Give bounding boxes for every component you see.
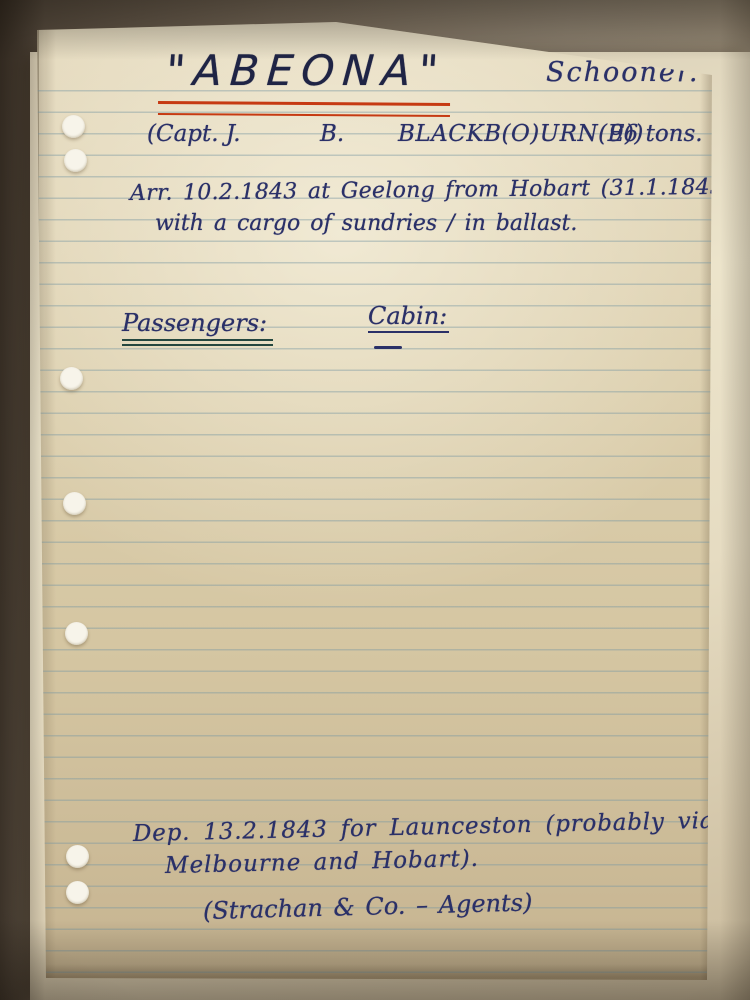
punch-hole <box>66 881 89 904</box>
vessel-title: "ABEONA" <box>154 46 457 95</box>
notebook-page: "ABEONA" Schooner. (Capt. J. B. BLACKB(O… <box>36 22 712 980</box>
punch-hole <box>62 115 85 138</box>
captain-prefix: (Capt. J. <box>147 122 241 147</box>
punch-hole <box>63 492 86 515</box>
passengers-heading-text: Passengers: <box>122 310 273 346</box>
punch-hole <box>65 622 88 645</box>
captain-line: (Capt. J. B. BLACKB(O)URN(E)) 96 tons. <box>147 122 727 162</box>
captain-surname: BLACKB(O)URN(E)) <box>398 122 644 147</box>
captain-initial: B. <box>320 122 344 147</box>
punch-hole <box>60 367 83 390</box>
arrival-note-line-2: with a cargo of sundries / in ballast. <box>155 212 577 236</box>
tonnage-note: 96 tons. <box>609 122 703 147</box>
punch-hole <box>66 845 89 868</box>
photo-background: "ABEONA" Schooner. (Capt. J. B. BLACKB(O… <box>0 0 750 1000</box>
cabin-heading-text: Cabin: <box>368 303 449 333</box>
cabin-blank-dash <box>374 346 402 349</box>
cabin-heading: Cabin: <box>368 303 449 333</box>
punch-hole <box>64 149 87 172</box>
title-red-underline <box>158 101 450 117</box>
passengers-heading: Passengers: <box>122 310 273 346</box>
